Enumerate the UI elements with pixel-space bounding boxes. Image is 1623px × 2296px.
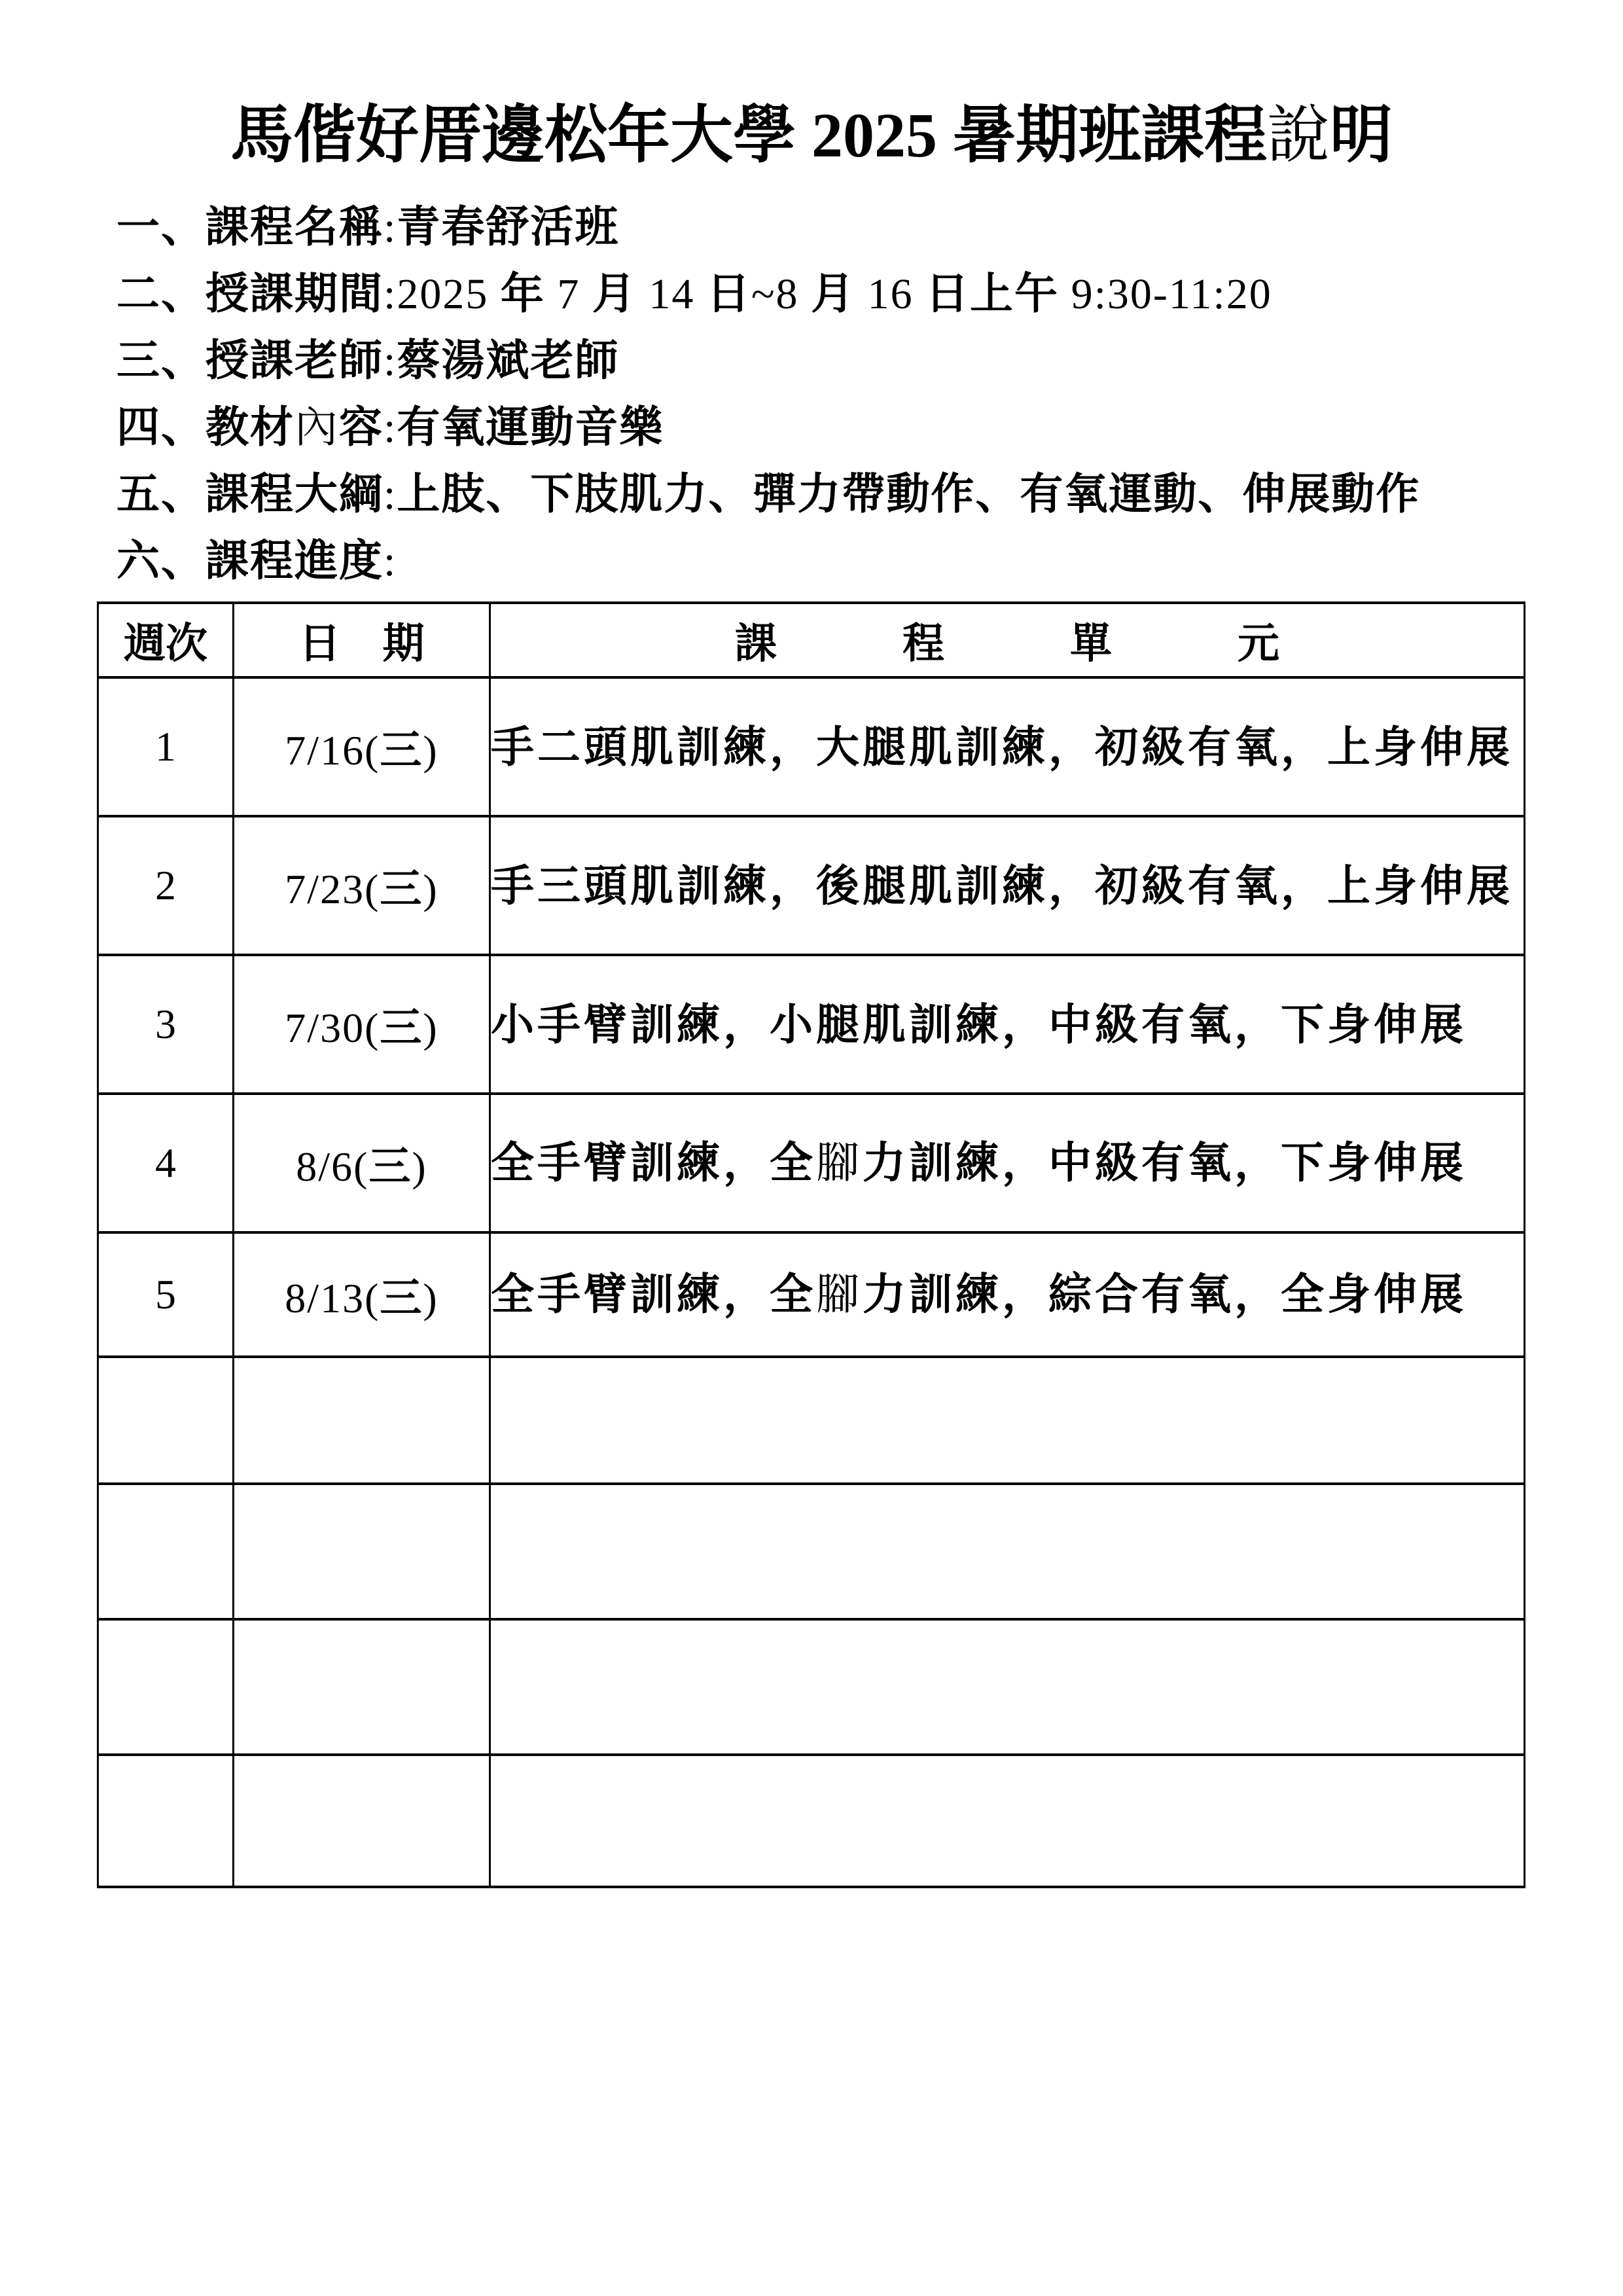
text-segment: 六、課程進度 — [116, 536, 383, 584]
text-segment: 上肢、下肢肌力、彈力帶動作、有氧運動、伸展動作 — [397, 469, 1420, 518]
text-segment: 暑期班課程 — [953, 100, 1267, 170]
text-segment: 馬偕好厝邊松年大學 — [230, 100, 796, 170]
week-cell — [98, 1357, 234, 1484]
content-cell: 手二頭肌訓練，大腿肌訓練，初級有氧，上身伸展 — [490, 677, 1525, 816]
text-segment: 三 — [380, 726, 423, 774]
table-row: 37/30(三)小手臂訓練，小腿肌訓練，中級有氧，下身伸展 — [98, 955, 1525, 1094]
text-segment: :2025 — [383, 270, 501, 318]
week-cell: 2 — [98, 816, 234, 955]
date-cell — [234, 1619, 490, 1755]
content-cell — [490, 1755, 1525, 1887]
date-cell — [234, 1357, 490, 1484]
table-row — [98, 1357, 1525, 1484]
text-segment: : — [383, 471, 397, 518]
table-row: 27/23(三)手三頭肌訓練，後腿肌訓練，初級有氧，上身伸展 — [98, 816, 1525, 955]
info-list: 一、課程名稱:青春舒活班二、授課期間:2025 年 7 月 14 日~8 月 1… — [116, 194, 1556, 594]
content-cell: 全手臂訓練，全腳力訓練，中級有氧，下身伸展 — [490, 1094, 1525, 1232]
text-segment: 腳 — [816, 1139, 863, 1187]
text-segment: 日上午 — [925, 269, 1059, 317]
text-segment: 三 — [380, 1004, 423, 1051]
text-segment: 7/23( — [285, 866, 380, 912]
text-segment: : — [383, 337, 397, 385]
text-segment: ) — [412, 1143, 427, 1190]
table-row: 48/6(三)全手臂訓練，全腳力訓練，中級有氧，下身伸展 — [98, 1094, 1525, 1232]
text-segment: 蔡湯斌老師 — [397, 336, 619, 384]
text-segment: 年 — [501, 269, 545, 317]
week-cell — [98, 1619, 234, 1755]
text-segment: 全手臂訓練，全 — [491, 1270, 816, 1318]
table-body: 17/16(三)手二頭肌訓練，大腿肌訓練，初級有氧，上身伸展27/23(三)手三… — [98, 677, 1525, 1887]
info-line: 四、教材內容:有氧運動音樂 — [116, 394, 1556, 461]
content-cell: 全手臂訓練，全腳力訓練，綜合有氧，全身伸展 — [490, 1232, 1525, 1357]
header-course-unit: 課 程 單 元 — [490, 603, 1525, 677]
text-segment: 8/13( — [285, 1275, 380, 1321]
text-segment: 青春舒活班 — [397, 202, 619, 251]
text-segment: : — [383, 404, 397, 452]
week-cell — [98, 1755, 234, 1887]
info-line: 二、授課期間:2025 年 7 月 14 日~8 月 16 日上午 9:30-1… — [116, 260, 1556, 327]
text-segment: 四、教材 — [116, 403, 294, 451]
header-week: 週次 — [98, 603, 234, 677]
text-segment: 三 — [368, 1143, 412, 1190]
info-line: 三、授課老師:蔡湯斌老師 — [116, 327, 1556, 394]
text-segment: ) — [423, 1005, 438, 1051]
text-segment: 7/30( — [285, 1005, 380, 1051]
table-header-row: 週次 日 期 課 程 單 元 — [98, 603, 1525, 677]
text-segment: 三、授課老師 — [116, 336, 383, 384]
text-segment: 一、課程名稱 — [116, 202, 383, 251]
text-segment: 說 — [1267, 100, 1330, 170]
text-segment: : — [383, 204, 397, 251]
text-segment: 14 — [637, 270, 707, 318]
text-segment: 手三頭肌訓練，後腿肌訓練，初級有氧，上身伸展 — [491, 861, 1513, 910]
text-segment: ) — [423, 1275, 438, 1321]
week-cell — [98, 1484, 234, 1619]
table-row: 58/13(三)全手臂訓練，全腳力訓練，綜合有氧，全身伸展 — [98, 1232, 1525, 1357]
table-row — [98, 1755, 1525, 1887]
date-cell: 8/6(三) — [234, 1094, 490, 1232]
content-cell: 手三頭肌訓練，後腿肌訓練，初級有氧，上身伸展 — [490, 816, 1525, 955]
text-segment: 全手臂訓練，全 — [491, 1138, 816, 1187]
text-segment: 二、授課期間 — [116, 269, 383, 317]
text-segment: 2025 — [796, 100, 953, 170]
text-segment: 力訓練，中級有氧，下身伸展 — [863, 1138, 1467, 1187]
week-cell: 1 — [98, 677, 234, 816]
text-segment: 內 — [294, 404, 339, 452]
text-segment: 日 — [707, 269, 751, 317]
date-cell — [234, 1484, 490, 1619]
schedule-table: 週次 日 期 課 程 單 元 17/16(三)手二頭肌訓練，大腿肌訓練，初級有氧… — [97, 601, 1525, 1888]
text-segment: 三 — [380, 865, 423, 912]
content-cell — [490, 1619, 1525, 1755]
info-line: 一、課程名稱:青春舒活班 — [116, 194, 1556, 260]
date-cell: 7/16(三) — [234, 677, 490, 816]
text-segment: : — [383, 537, 397, 585]
date-cell: 8/13(三) — [234, 1232, 490, 1357]
week-cell: 4 — [98, 1094, 234, 1232]
text-segment: 月 — [811, 269, 855, 317]
text-segment: 16 — [855, 270, 925, 318]
text-segment: 有氧運動音樂 — [397, 403, 664, 451]
text-segment: 9:30-11:20 — [1059, 270, 1272, 318]
info-line: 五、課程大綱:上肢、下肢肌力、彈力帶動作、有氧運動、伸展動作 — [116, 461, 1556, 528]
content-cell — [490, 1484, 1525, 1619]
text-segment: ) — [423, 866, 438, 912]
date-cell: 7/23(三) — [234, 816, 490, 955]
text-segment: 容 — [339, 403, 383, 451]
text-segment: 小手臂訓練，小腿肌訓練，中級有氧，下身伸展 — [491, 1000, 1467, 1049]
content-cell — [490, 1357, 1525, 1484]
text-segment: 手二頭肌訓練，大腿肌訓練，初級有氧，上身伸展 — [491, 723, 1513, 771]
table-row: 17/16(三)手二頭肌訓練，大腿肌訓練，初級有氧，上身伸展 — [98, 677, 1525, 816]
table-row — [98, 1619, 1525, 1755]
page-title: 馬偕好厝邊松年大學 2025 暑期班課程說明 — [0, 99, 1623, 171]
text-segment: 腳 — [816, 1271, 863, 1319]
text-segment: 明 — [1330, 100, 1393, 170]
text-segment: 力訓練，綜合有氧，全身伸展 — [863, 1270, 1467, 1318]
info-line: 六、課程進度: — [116, 528, 1556, 594]
week-cell: 5 — [98, 1232, 234, 1357]
text-segment: 五、課程大綱 — [116, 469, 383, 518]
text-segment: 三 — [380, 1274, 423, 1321]
text-segment: 月 — [592, 269, 637, 317]
text-segment: ) — [423, 727, 438, 774]
date-cell — [234, 1755, 490, 1887]
header-date: 日 期 — [234, 603, 490, 677]
date-cell: 7/30(三) — [234, 955, 490, 1094]
table-row — [98, 1484, 1525, 1619]
week-cell: 3 — [98, 955, 234, 1094]
text-segment: 7 — [545, 270, 592, 318]
text-segment: 7/16( — [285, 727, 380, 774]
content-cell: 小手臂訓練，小腿肌訓練，中級有氧，下身伸展 — [490, 955, 1525, 1094]
text-segment: 8/6( — [296, 1143, 368, 1190]
text-segment: ~8 — [751, 270, 811, 318]
document-page: 馬偕好厝邊松年大學 2025 暑期班課程說明 一、課程名稱:青春舒活班二、授課期… — [0, 0, 1623, 2296]
